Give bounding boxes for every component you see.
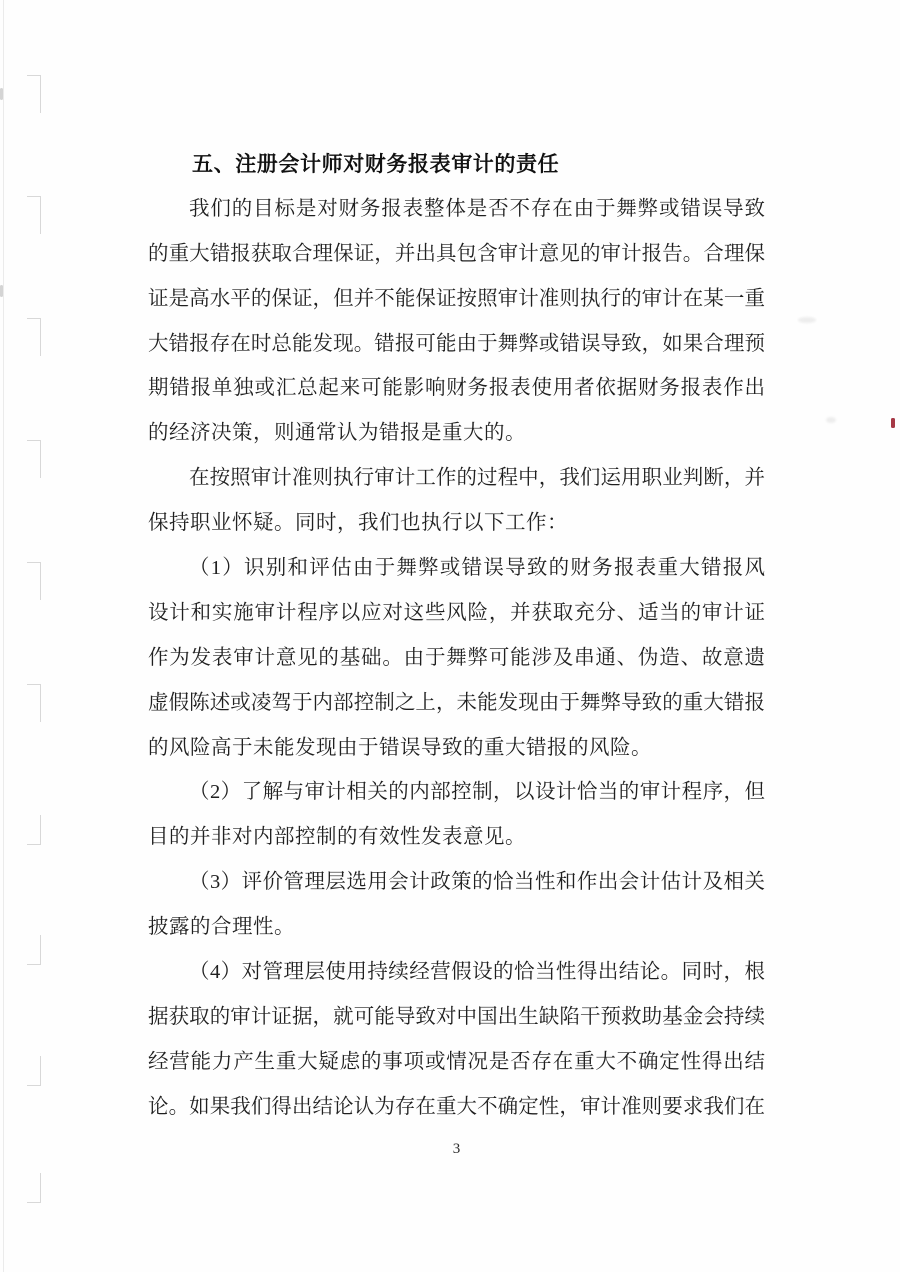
edge-speck-artifact [0,88,3,100]
text-line: 论。如果我们得出结论认为存在重大不确定性，审计准则要求我们在 [148,1085,765,1130]
paragraph: （1）识别和评估由于舞弊或错误导致的财务报表重大错报风险，设计和实施审计程序以应… [148,546,765,770]
text-line: （3）评价管理层选用会计政策的恰当性和作出会计估计及相关 [148,860,765,905]
text-line: 期错报单独或汇总起来可能影响财务报表使用者依据财务报表作出 [148,366,765,411]
text-line: 虚假陈述或凌驾于内部控制之上，未能发现由于舞弊导致的重大错报 [148,681,765,726]
binding-mark-artifact [27,815,41,845]
paragraph: （4）对管理层使用持续经营假设的恰当性得出结论。同时，根据获取的审计证据，就可能… [148,950,765,1130]
text-line: 保持职业怀疑。同时，我们也执行以下工作： [148,501,765,546]
paragraph: 在按照审计准则执行审计工作的过程中，我们运用职业判断，并保持职业怀疑。同时，我们… [148,456,765,546]
smudge-artifact [826,417,836,423]
binding-mark-artifact [27,935,41,965]
text-line: 的经济决策，则通常认为错报是重大的。 [148,411,765,456]
text-line: 目的并非对内部控制的有效性发表意见。 [148,815,765,860]
binding-mark-artifact [27,1173,41,1203]
binding-mark-artifact [27,440,41,478]
scanned-page: 五、注册会计师对财务报表审计的责任 我们的目标是对财务报表整体是否不存在由于舞弊… [0,0,900,1272]
red-ink-speck-artifact [891,418,895,428]
binding-mark-artifact [27,562,41,600]
text-line: 的重大错报获取合理保证，并出具包含审计意见的审计报告。合理保 [148,232,765,277]
paragraph: （3）评价管理层选用会计政策的恰当性和作出会计估计及相关披露的合理性。 [148,860,765,950]
text-line: 据获取的审计证据，就可能导致对中国出生缺陷干预救助基金会持续 [148,995,765,1040]
text-line: 证是高水平的保证，但并不能保证按照审计准则执行的审计在某一重 [148,277,765,322]
binding-mark-artifact [27,1056,41,1086]
text-line: 披露的合理性。 [148,905,765,950]
binding-mark-artifact [27,318,41,356]
text-line: （2）了解与审计相关的内部控制，以设计恰当的审计程序，但 [148,770,765,815]
text-line: （1）识别和评估由于舞弊或错误导致的财务报表重大错报风险， [148,546,765,591]
page-edge-line-artifact [3,0,4,1272]
text-line: 大错报存在时总能发现。错报可能由于舞弊或错误导致，如果合理预 [148,322,765,367]
page-number: 3 [148,1141,765,1158]
text-line: （4）对管理层使用持续经营假设的恰当性得出结论。同时，根 [148,950,765,995]
binding-mark-artifact [27,75,41,113]
paragraph: （2）了解与审计相关的内部控制，以设计恰当的审计程序，但目的并非对内部控制的有效… [148,770,765,860]
text-line: 的风险高于未能发现由于错误导致的重大错报的风险。 [148,726,765,771]
edge-speck-artifact [0,285,3,297]
document-text: 五、注册会计师对财务报表审计的责任 我们的目标是对财务报表整体是否不存在由于舞弊… [148,142,765,1130]
text-line: 在按照审计准则执行审计工作的过程中，我们运用职业判断，并 [148,456,765,501]
text-line: 作为发表审计意见的基础。由于舞弊可能涉及串通、伪造、故意遗漏、 [148,636,765,681]
text-line: 我们的目标是对财务报表整体是否不存在由于舞弊或错误导致 [148,187,765,232]
binding-mark-artifact [27,196,41,234]
smudge-artifact [798,317,816,323]
section-heading: 五、注册会计师对财务报表审计的责任 [148,142,765,187]
text-line: 经营能力产生重大疑虑的事项或情况是否存在重大不确定性得出结 [148,1040,765,1085]
text-line: 设计和实施审计程序以应对这些风险，并获取充分、适当的审计证据， [148,591,765,636]
paragraph: 我们的目标是对财务报表整体是否不存在由于舞弊或错误导致的重大错报获取合理保证，并… [148,187,765,456]
binding-mark-artifact [27,684,41,722]
